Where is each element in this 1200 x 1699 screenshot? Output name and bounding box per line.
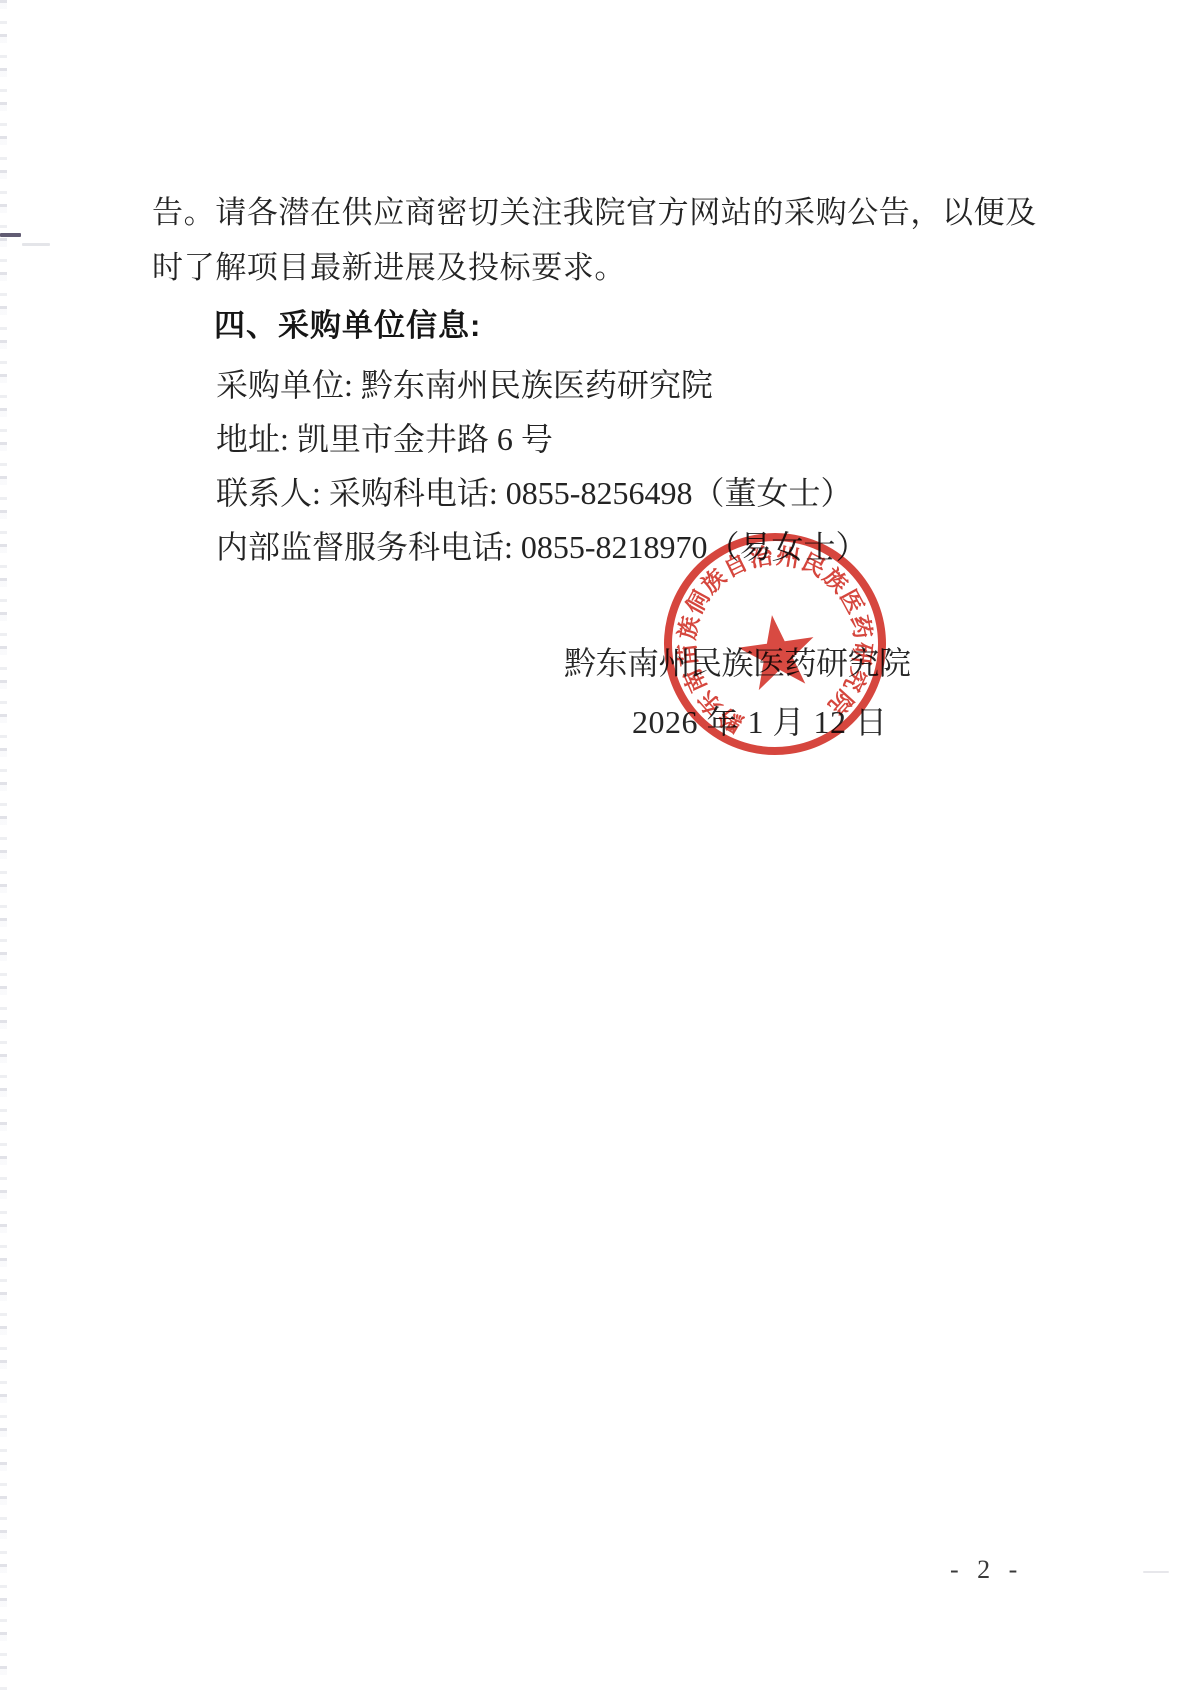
paragraph-line-1: 告。请各潜在供应商密切关注我院官方网站的采购公告，以便及	[152, 197, 1037, 228]
scan-artifact-dash	[0, 233, 21, 237]
page-number: - 2 -	[950, 1557, 1023, 1583]
document-page: 告。请各潜在供应商密切关注我院官方网站的采购公告，以便及 时了解项目最新进展及投…	[0, 0, 1200, 1699]
scan-artifact-smudge	[22, 243, 50, 246]
scan-artifact-faint	[1143, 1571, 1169, 1573]
section-heading: 四、采购单位信息:	[214, 310, 481, 341]
paragraph-line-2: 时了解项目最新进展及投标要求。	[152, 252, 626, 283]
info-line-address: 地址: 凯里市金井路 6 号	[216, 423, 553, 455]
scan-noise-left-edge	[0, 0, 7, 1699]
info-line-purchaser: 采购单位: 黔东南州民族医药研究院	[216, 369, 713, 401]
info-line-contact: 联系人: 采购科电话: 0855-8256498（董女士）	[216, 477, 852, 509]
official-seal-stamp: 黔东南苗族侗族自治州民族医药研究院	[639, 508, 910, 779]
star-icon	[734, 610, 819, 692]
